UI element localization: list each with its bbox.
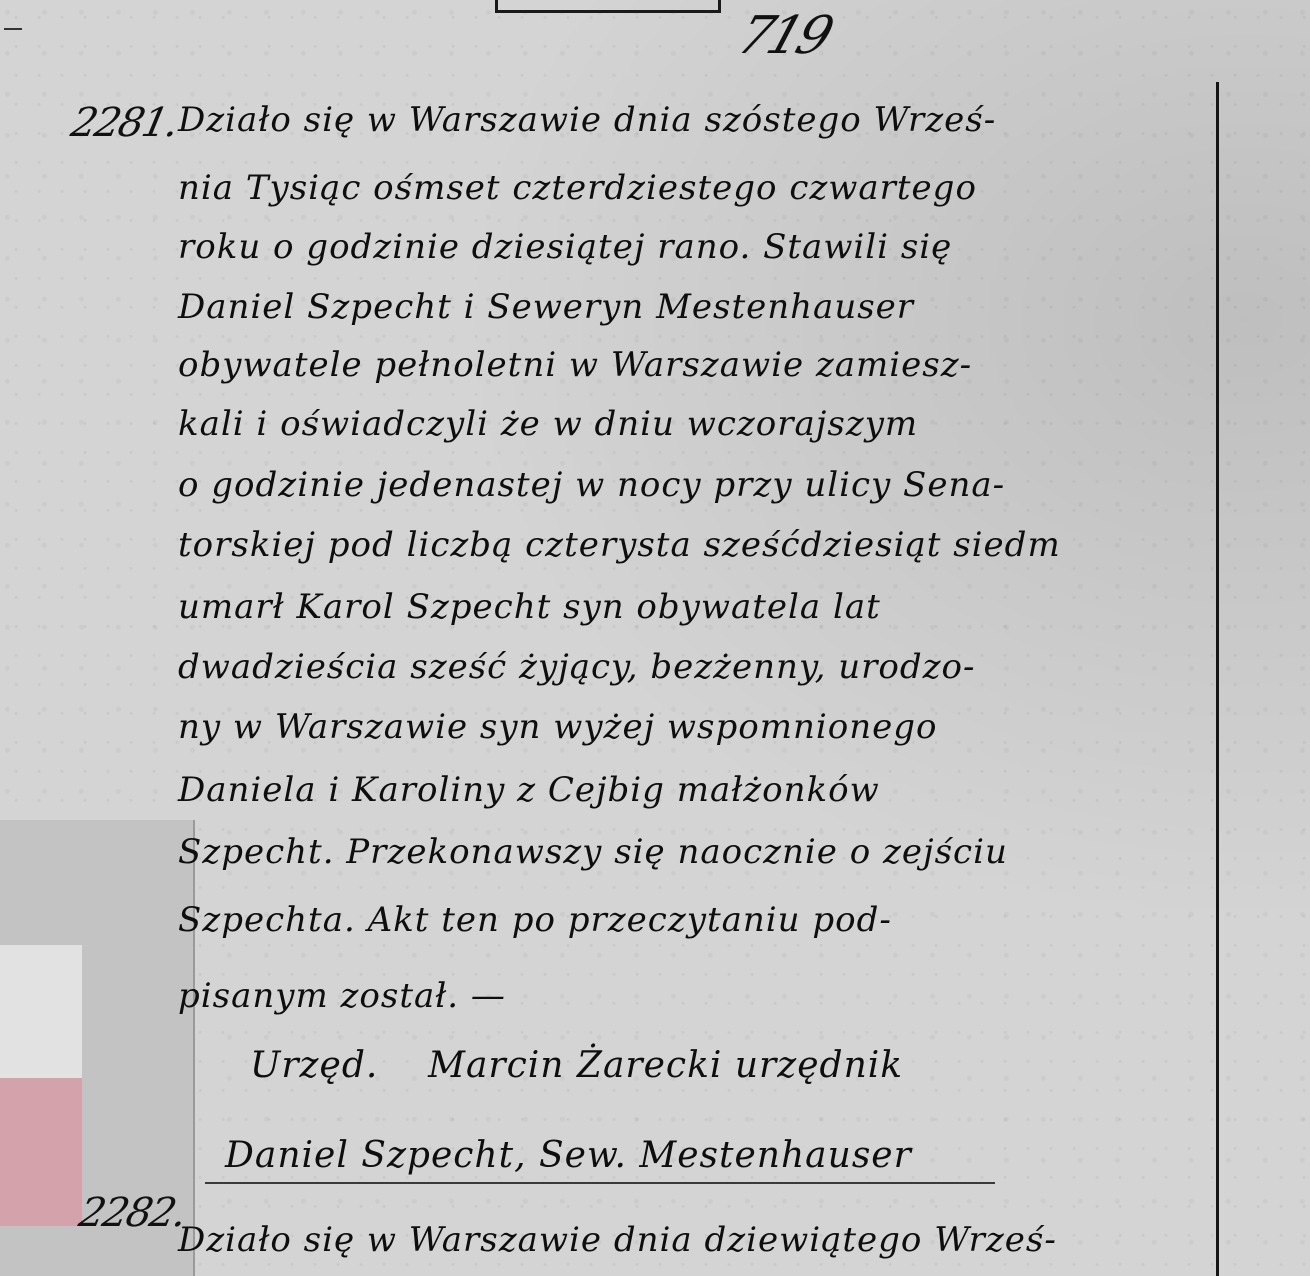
page-number: 719 <box>730 6 837 66</box>
record-line: ny w Warszawie syn wyżej wspomnionego <box>178 707 1218 747</box>
record-line: pisanym został. — <box>178 976 1218 1016</box>
record-line: Działo się w Warszawie dnia szóstego Wrz… <box>178 100 1218 140</box>
record-line: Daniela i Karoliny z Cejbig małżonków <box>178 770 1218 810</box>
record-line: Daniel Szpecht i Seweryn Mestenhauser <box>178 287 1218 327</box>
witness-signature-2: Sew. Mestenhauser <box>539 1135 912 1176</box>
official-signature: Urzęd. Marcin Żarecki urzędnik <box>250 1045 1290 1086</box>
header-frame <box>495 0 721 13</box>
record-line: umarł Karol Szpecht syn obywatela lat <box>178 587 1218 627</box>
witness-signature-1: Daniel Szpecht, <box>225 1135 527 1176</box>
left-margin-rule <box>193 820 195 1276</box>
record-line: Szpechta. Akt ten po przeczytaniu pod- <box>178 900 1218 940</box>
scanned-document-page: 719 2281. Działo się w Warszawie dnia sz… <box>0 0 1310 1276</box>
official-name: Marcin Żarecki urzędnik <box>428 1045 903 1086</box>
record-line: dwadzieścia sześć żyjący, bezżenny, urod… <box>178 647 1218 687</box>
record-line: torskiej pod liczbą czterysta sześćdzies… <box>178 525 1218 565</box>
record-line: roku o godzinie dziesiątej rano. Stawili… <box>178 227 1218 267</box>
margin-pink-block <box>0 1078 82 1226</box>
record-line: o godzinie jedenastej w nocy przy ulicy … <box>178 465 1218 505</box>
official-prefix: Urzęd. <box>250 1045 378 1086</box>
record-line: Szpecht. Przekonawszy się naocznie o zej… <box>178 832 1218 872</box>
record-line: nia Tysiąc ośmset czterdziestego czwarte… <box>178 168 1218 208</box>
signature-underline <box>205 1182 995 1184</box>
record-line: kali i oświadczyli że w dniu wczorajszym <box>178 404 1218 444</box>
entry-number: 2281. <box>67 100 181 146</box>
margin-mark <box>4 28 22 30</box>
margin-white-block <box>0 945 82 1078</box>
record-line: Działo się w Warszawie dnia dziewiątego … <box>178 1220 1218 1260</box>
witness-signatures: Daniel Szpecht, Sew. Mestenhauser <box>225 1135 1265 1176</box>
entry-number: 2282. <box>75 1190 189 1236</box>
record-line: obywatele pełnoletni w Warszawie zamiesz… <box>178 345 1218 385</box>
